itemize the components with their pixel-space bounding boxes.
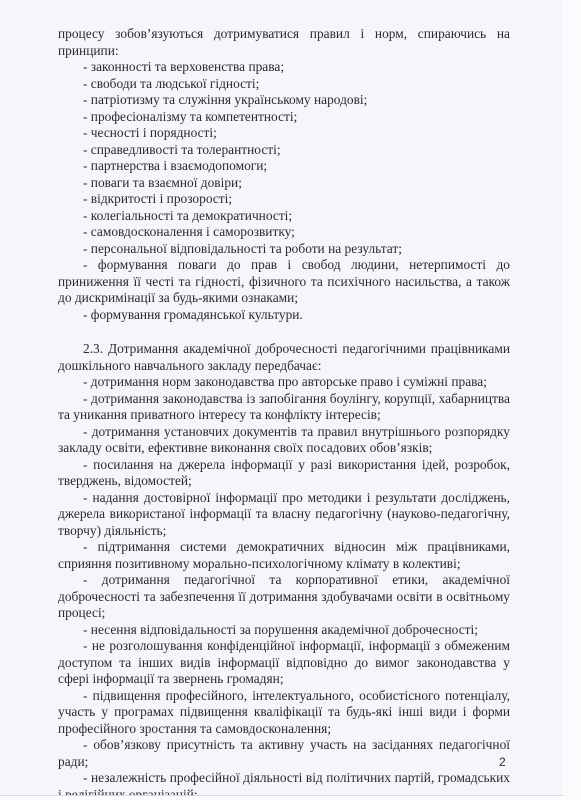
principles-list: - законності та верховенства права; - св… xyxy=(58,59,510,257)
list-item: - професіоналізму та компетентності; xyxy=(58,109,510,126)
section-heading: 2.3. Дотримання академічної доброчесност… xyxy=(58,341,510,374)
list-item: - підтримання системи демократичних відн… xyxy=(58,539,510,572)
list-item: - персональної відповідальності та робот… xyxy=(58,241,510,258)
list-item: - поваги та взаємної довіри; xyxy=(58,175,510,192)
list-item: - підвищення професійного, інтелектуальн… xyxy=(58,688,510,738)
page-content: процесу зобов’язуються дотримуватися пра… xyxy=(58,26,510,800)
list-item: - не розголошування конфіденційної інфор… xyxy=(58,638,510,688)
list-item: - законності та верховенства права; xyxy=(58,59,510,76)
list-item: - посилання на джерела інформації у разі… xyxy=(58,457,510,490)
list-item: - відкритості і прозорості; xyxy=(58,191,510,208)
list-item: - дотримання установчих документів та пр… xyxy=(58,424,510,457)
list-item: - колегіальності та демократичності; xyxy=(58,208,510,225)
list-item: - дотримання норм законодавства про авто… xyxy=(58,374,510,391)
intro-paragraph: процесу зобов’язуються дотримуватися пра… xyxy=(58,26,510,59)
list-item: - партнерства і взаємодопомоги; xyxy=(58,158,510,175)
list-item: - дотримання законодавства із запобіганн… xyxy=(58,391,510,424)
list-item: - обов’язкову присутність та активну уча… xyxy=(58,737,510,770)
scan-bottom-edge xyxy=(0,795,563,800)
list-item: - патріотизму та служіння українському н… xyxy=(58,92,510,109)
document-page: процесу зобов’язуються дотримуватися пра… xyxy=(0,0,563,795)
list-item: - справедливості та толерантності; xyxy=(58,142,510,159)
section-2-3-list: - дотримання норм законодавства про авто… xyxy=(58,374,510,800)
list-item: - надання достовірної інформації про мет… xyxy=(58,490,510,540)
list-item: - несення відповідальності за порушення … xyxy=(58,622,510,639)
list-item: - формування поваги до прав і свобод люд… xyxy=(58,257,510,307)
list-item: - свободи та людської гідності; xyxy=(58,76,510,93)
page-number: 2 xyxy=(499,755,506,769)
list-item: - формування громадянської культури. xyxy=(58,307,510,324)
paragraph-gap xyxy=(58,323,510,341)
list-item: - дотримання педагогічної та корпоративн… xyxy=(58,572,510,622)
list-item: - самовдосконалення і саморозвитку; xyxy=(58,224,510,241)
scan-edge xyxy=(563,0,581,800)
list-item: - чесності і порядності; xyxy=(58,125,510,142)
